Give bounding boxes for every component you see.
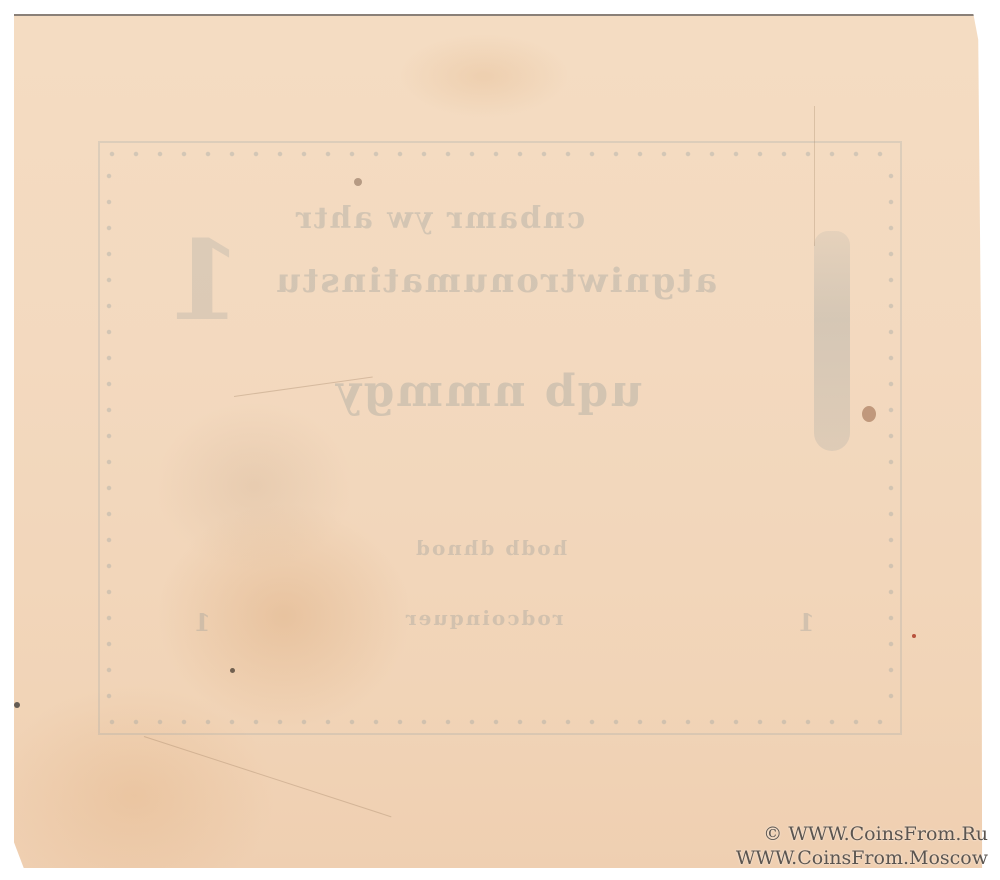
bleed-text-line-1: cnbamr yw ahtr [294, 201, 585, 236]
frame-ornament-right [886, 163, 896, 713]
bleed-text-line-4: hodb dhnod [414, 536, 567, 560]
bleed-text-line-2: atgniwtronumatinstu [274, 261, 717, 301]
banknote-reverse: 1 cnbamr yw ahtr atgniwtronumatinstu uqb… [14, 14, 986, 868]
paper-crease [814, 106, 815, 246]
paper-crease [144, 736, 392, 817]
stain-spot [912, 634, 916, 638]
bleed-text-line-5: rodcoinquer [404, 606, 563, 630]
bleed-mark-left: 1 [192, 608, 211, 637]
denomination-right-bleed [814, 231, 850, 451]
watermark-line-1: © WWW.CoinsFrom.Ru [736, 822, 988, 846]
stain-spot [354, 178, 362, 186]
watermark-line-2: WWW.CoinsFrom.Moscow [736, 846, 988, 870]
copyright-watermark: © WWW.CoinsFrom.Ru WWW.CoinsFrom.Moscow [736, 822, 988, 870]
denomination-left-bleed: 1 [164, 216, 243, 345]
stain-spot [14, 702, 20, 708]
stain-spot [230, 668, 235, 673]
bleed-mark-right: 1 [796, 608, 815, 637]
frame-ornament-top [100, 149, 900, 159]
bleed-text-line-3: uqb nmmgy [334, 366, 642, 417]
stain-spot [862, 406, 876, 422]
frame-ornament-left [104, 163, 114, 713]
frame-ornament-bottom [100, 717, 900, 727]
